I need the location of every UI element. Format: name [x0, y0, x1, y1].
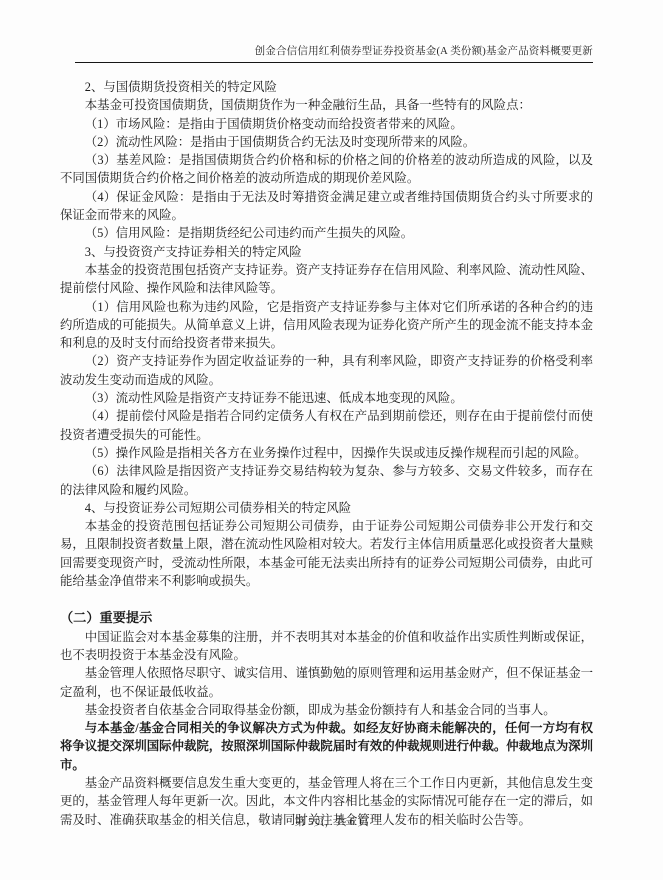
page-number: 第 5页，共 6 页 [294, 816, 368, 828]
paragraph: 中国证监会对本基金募集的注册，并不表明其对本基金的价值和收益作出实质性判断或保证… [60, 628, 593, 665]
paragraph: 本基金的投资范围包括证券公司短期公司债券，由于证券公司短期公司债券非公开发行和交… [60, 517, 593, 590]
paragraph: 基金投资者自依基金合同取得基金份额，即成为基金份额持有人和基金合同的当事人。 [60, 701, 593, 719]
paragraph: （5）信用风险：是指期货经纪公司违约而产生损失的风险。 [60, 224, 593, 242]
paragraph: （1）市场风险：是指由于国债期货价格变动而给投资者带来的风险。 [60, 115, 593, 133]
paragraph: （3）流动性风险是指资产支持证券不能迅速、低成本地变现的风险。 [60, 389, 593, 407]
paragraph: （5）操作风险是指相关各方在业务操作过程中，因操作失误或违反操作规程而引起的风险… [60, 444, 593, 462]
paragraph: 2、与国债期货投资相关的特定风险 [60, 78, 593, 96]
header-title: 创金合信信用红利债券型证券投资基金(A 类份额)基金产品资料概要更新 [255, 46, 593, 57]
paragraph: （1）信用风险也称为违约风险，它是指资产支持证券参与主体对它们所承诺的各种合约的… [60, 298, 593, 353]
page-header: 创金合信信用红利债券型证券投资基金(A 类份额)基金产品资料概要更新 [75, 43, 593, 63]
paragraph: 本基金的投资范围包括资产支持证券。资产支持证券存在信用风险、利率风险、流动性风险… [60, 261, 593, 298]
paragraph: （4）提前偿付风险是指若合同约定债务人有权在产品到期前偿还，则存在由于提前偿付而… [60, 407, 593, 444]
paragraph: （2）资产支持证券作为固定收益证券的一种，具有利率风险，即资产支持证券的价格受利… [60, 352, 593, 389]
paragraph: 基金管理人依照恪尽职守、诚实信用、谨慎勤勉的原则管理和运用基金财产，但不保证基金… [60, 664, 593, 701]
paragraph: 本基金可投资国债期货，国债期货作为一种金融衍生品，具备一些特有的风险点： [60, 96, 593, 114]
page-footer: 第 5页，共 6 页 [0, 813, 663, 829]
document-body: 2、与国债期货投资相关的特定风险本基金可投资国债期货，国债期货作为一种金融衍生品… [60, 78, 593, 829]
section-heading: （二）重要提示 [60, 609, 593, 627]
paragraph: （4）保证金风险：是指由于无法及时筹措资金满足建立或者维持国债期货合约头寸所要求… [60, 188, 593, 225]
paragraph: （3）基差风险：是指国债期货合约价格和标的价格之间的价格差的波动所造成的风险，以… [60, 151, 593, 188]
paragraph: 与本基金/基金合同相关的争议解决方式为仲裁。如经友好协商未能解决的，任何一方均有… [60, 719, 593, 774]
paragraph: （2）流动性风险：是指由于国债期货合约无法及时变现所带来的风险。 [60, 133, 593, 151]
paragraph: （6）法律风险是指因资产支持证券交易结构较为复杂、参与方较多、交易文件较多，而存… [60, 462, 593, 499]
paragraph: 4、与投资证券公司短期公司债券相关的特定风险 [60, 499, 593, 517]
document-page: 创金合信信用红利债券型证券投资基金(A 类份额)基金产品资料概要更新 2、与国债… [0, 0, 663, 880]
paragraph: 3、与投资资产支持证券相关的特定风险 [60, 243, 593, 261]
